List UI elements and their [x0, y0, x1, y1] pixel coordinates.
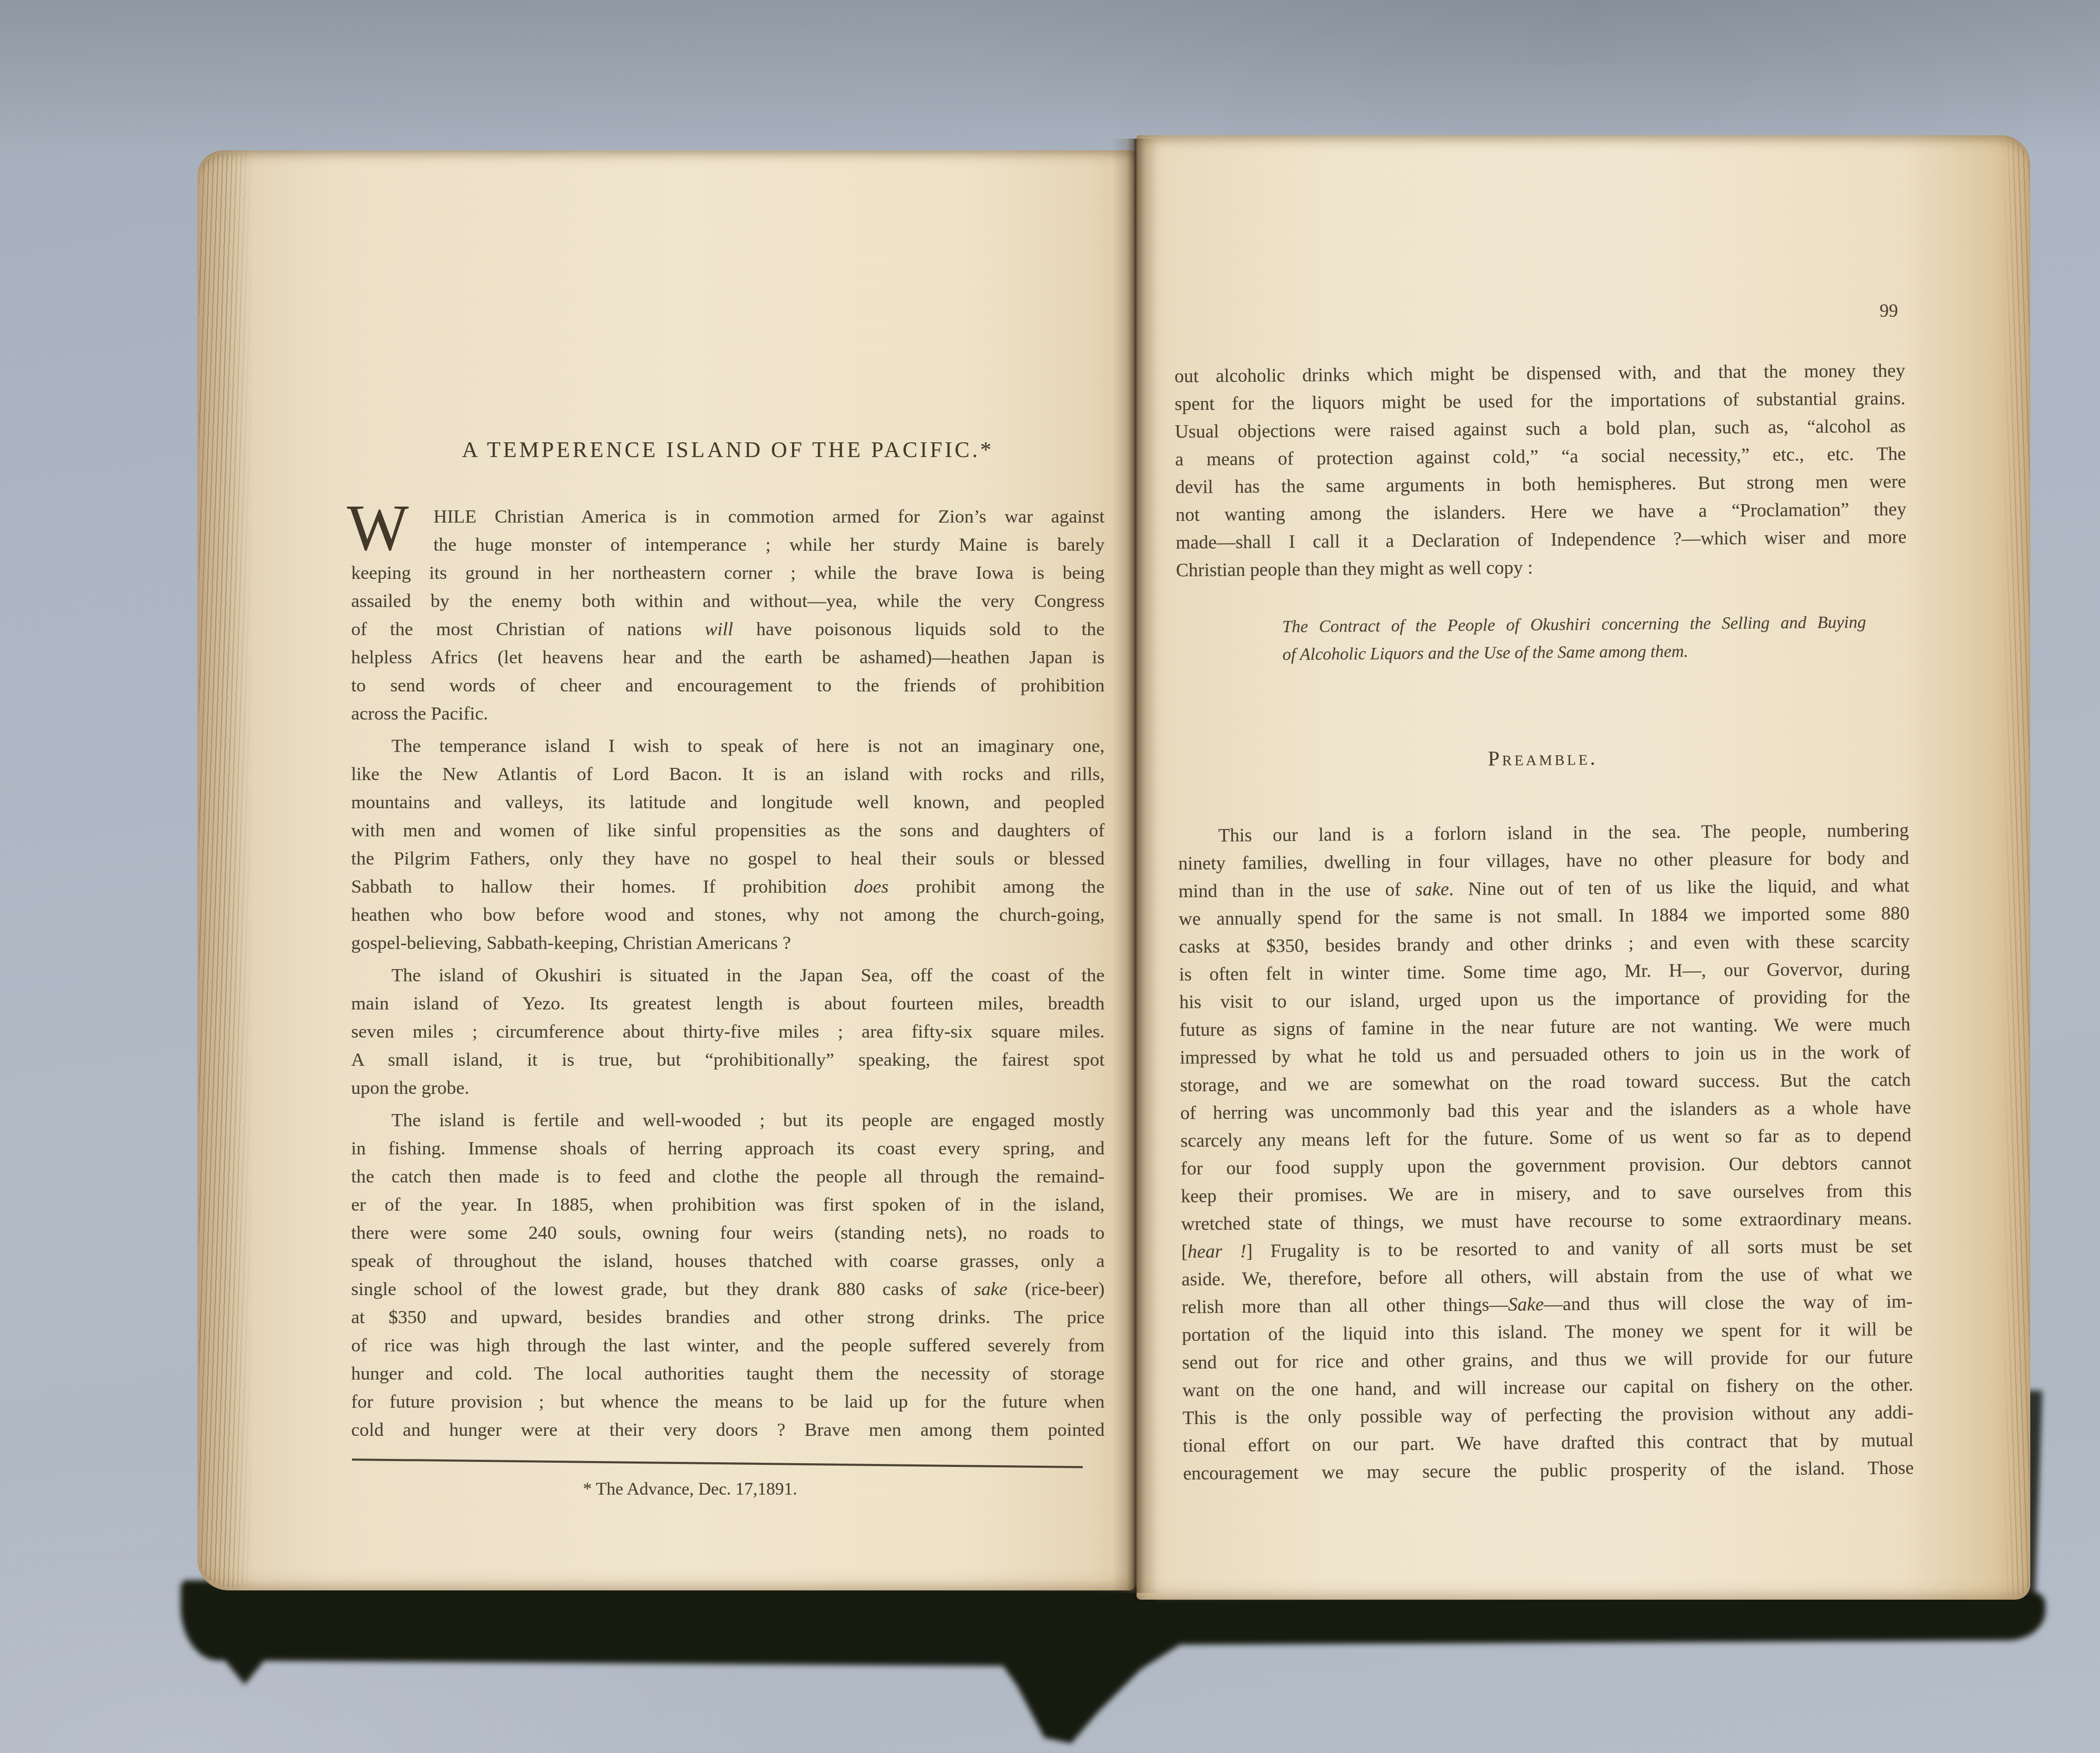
text-line: hunger and cold. The local authorities t… — [351, 1359, 1105, 1388]
shadow-shape — [1130, 1592, 2046, 1645]
text-line: across the Pacific. — [351, 699, 1105, 728]
contract-block: The Contract of the People of Okushiri c… — [1282, 608, 1866, 668]
text-line: The island is fertile and well-wooded ; … — [351, 1106, 1105, 1134]
text-line: keeping its ground in her northeastern c… — [351, 559, 1105, 587]
paragraph: The Contract of the People of Okushiri c… — [1282, 608, 1866, 668]
footnote: * The Advance, Dec. 17,1891. — [313, 1475, 1067, 1503]
preamble-paragraphs: This our land is a forlorn island in the… — [1178, 816, 1914, 1487]
book-gutter — [1112, 139, 1158, 1593]
text-line: cold and hunger were at their very doors… — [351, 1416, 1105, 1444]
footnote-rule — [352, 1459, 1083, 1468]
paragraph: The island of Okushiri is situated in th… — [351, 961, 1105, 1102]
text-line: of rice was high through the last winter… — [351, 1331, 1105, 1359]
text-line: HILE Christian America is in commotion a… — [351, 502, 1105, 531]
text-line: single school of the lowest grade, but t… — [351, 1275, 1105, 1303]
text-line: gospel-believing, Sabbath-keeping, Chris… — [351, 929, 1105, 957]
left-page-text: A TEMPERENCE ISLAND OF THE PACIFIC.* W H… — [351, 437, 1105, 1503]
left-page-paragraphs: HILE Christian America is in commotion a… — [351, 502, 1105, 1444]
text-line: Christian people than they might as well… — [1176, 550, 1907, 584]
text-line: The Contract of the People of Okushiri c… — [1282, 608, 1866, 640]
paragraph: HILE Christian America is in commotion a… — [351, 502, 1105, 728]
right-page-fore-edge — [2003, 139, 2029, 1595]
text-line: for future provision ; but whence the me… — [351, 1388, 1105, 1416]
text-line: heathen who bow before wood and stones, … — [351, 901, 1105, 929]
paragraph: This our land is a forlorn island in the… — [1178, 816, 1914, 1487]
text-line: The island of Okushiri is situated in th… — [351, 961, 1105, 989]
text-line: upon the grobe. — [351, 1074, 1105, 1102]
page-title: A TEMPERENCE ISLAND OF THE PACIFIC.* — [351, 437, 1105, 463]
text-line: helpless Africs (let heavens hear and th… — [351, 643, 1105, 671]
paragraph: out alcoholic drinks which might be disp… — [1174, 356, 1907, 584]
shadow-shape — [974, 1601, 1243, 1743]
text-line: like the New Atlantis of Lord Bacon. It … — [351, 760, 1105, 788]
text-line: of the most Christian of nations will ha… — [351, 615, 1105, 643]
text-line: at $350 and upward, besides brandies and… — [351, 1303, 1105, 1331]
right-page-text: 99 out alcoholic drinks which might be d… — [1174, 300, 1914, 1487]
text-line: the huge monster of intemperance ; while… — [351, 531, 1105, 559]
drop-cap: W — [347, 498, 409, 558]
text-line: er of the year. In 1885, when prohibitio… — [351, 1191, 1105, 1219]
text-line: mountains and valleys, its latitude and … — [351, 788, 1105, 816]
text-line: with men and women of like sinful propen… — [351, 816, 1105, 844]
paragraph: The temperance island I wish to speak of… — [351, 732, 1105, 957]
right-page-paragraphs: out alcoholic drinks which might be disp… — [1174, 356, 1907, 584]
text-line: A small island, it is true, but “prohibi… — [351, 1046, 1105, 1074]
text-line: assailed by the enemy both within and wi… — [351, 587, 1105, 615]
text-line: in fishing. Immense shoals of herring ap… — [351, 1134, 1105, 1162]
text-line: The temperance island I wish to speak of… — [351, 732, 1105, 760]
text-line: there were some 240 souls, owning four w… — [351, 1219, 1105, 1247]
text-line: Sabbath to hallow their homes. If prohib… — [351, 873, 1105, 901]
text-line: made—shall I call it a Declaration of In… — [1176, 523, 1906, 556]
text-line: the catch then made is to feed and cloth… — [351, 1162, 1105, 1191]
text-line: encouragement we may secure the public p… — [1183, 1453, 1914, 1487]
preamble-heading: Preamble. — [1177, 741, 1908, 775]
text-line: speak of throughout the island, houses t… — [351, 1247, 1105, 1275]
scene-background: A TEMPERENCE ISLAND OF THE PACIFIC.* W H… — [0, 0, 2100, 1753]
text-line: the Pilgrim Fathers, only they have no g… — [351, 844, 1105, 873]
text-line: seven miles ; circumference about thirty… — [351, 1017, 1105, 1046]
left-page-fore-edge — [199, 154, 253, 1587]
text-line: to send words of cheer and encouragement… — [351, 671, 1105, 699]
paragraph: The island is fertile and well-wooded ; … — [351, 1106, 1105, 1444]
text-line: of Alcoholic Liquors and the Use of the … — [1282, 636, 1866, 668]
text-line: main island of Yezo. Its greatest length… — [351, 989, 1105, 1017]
